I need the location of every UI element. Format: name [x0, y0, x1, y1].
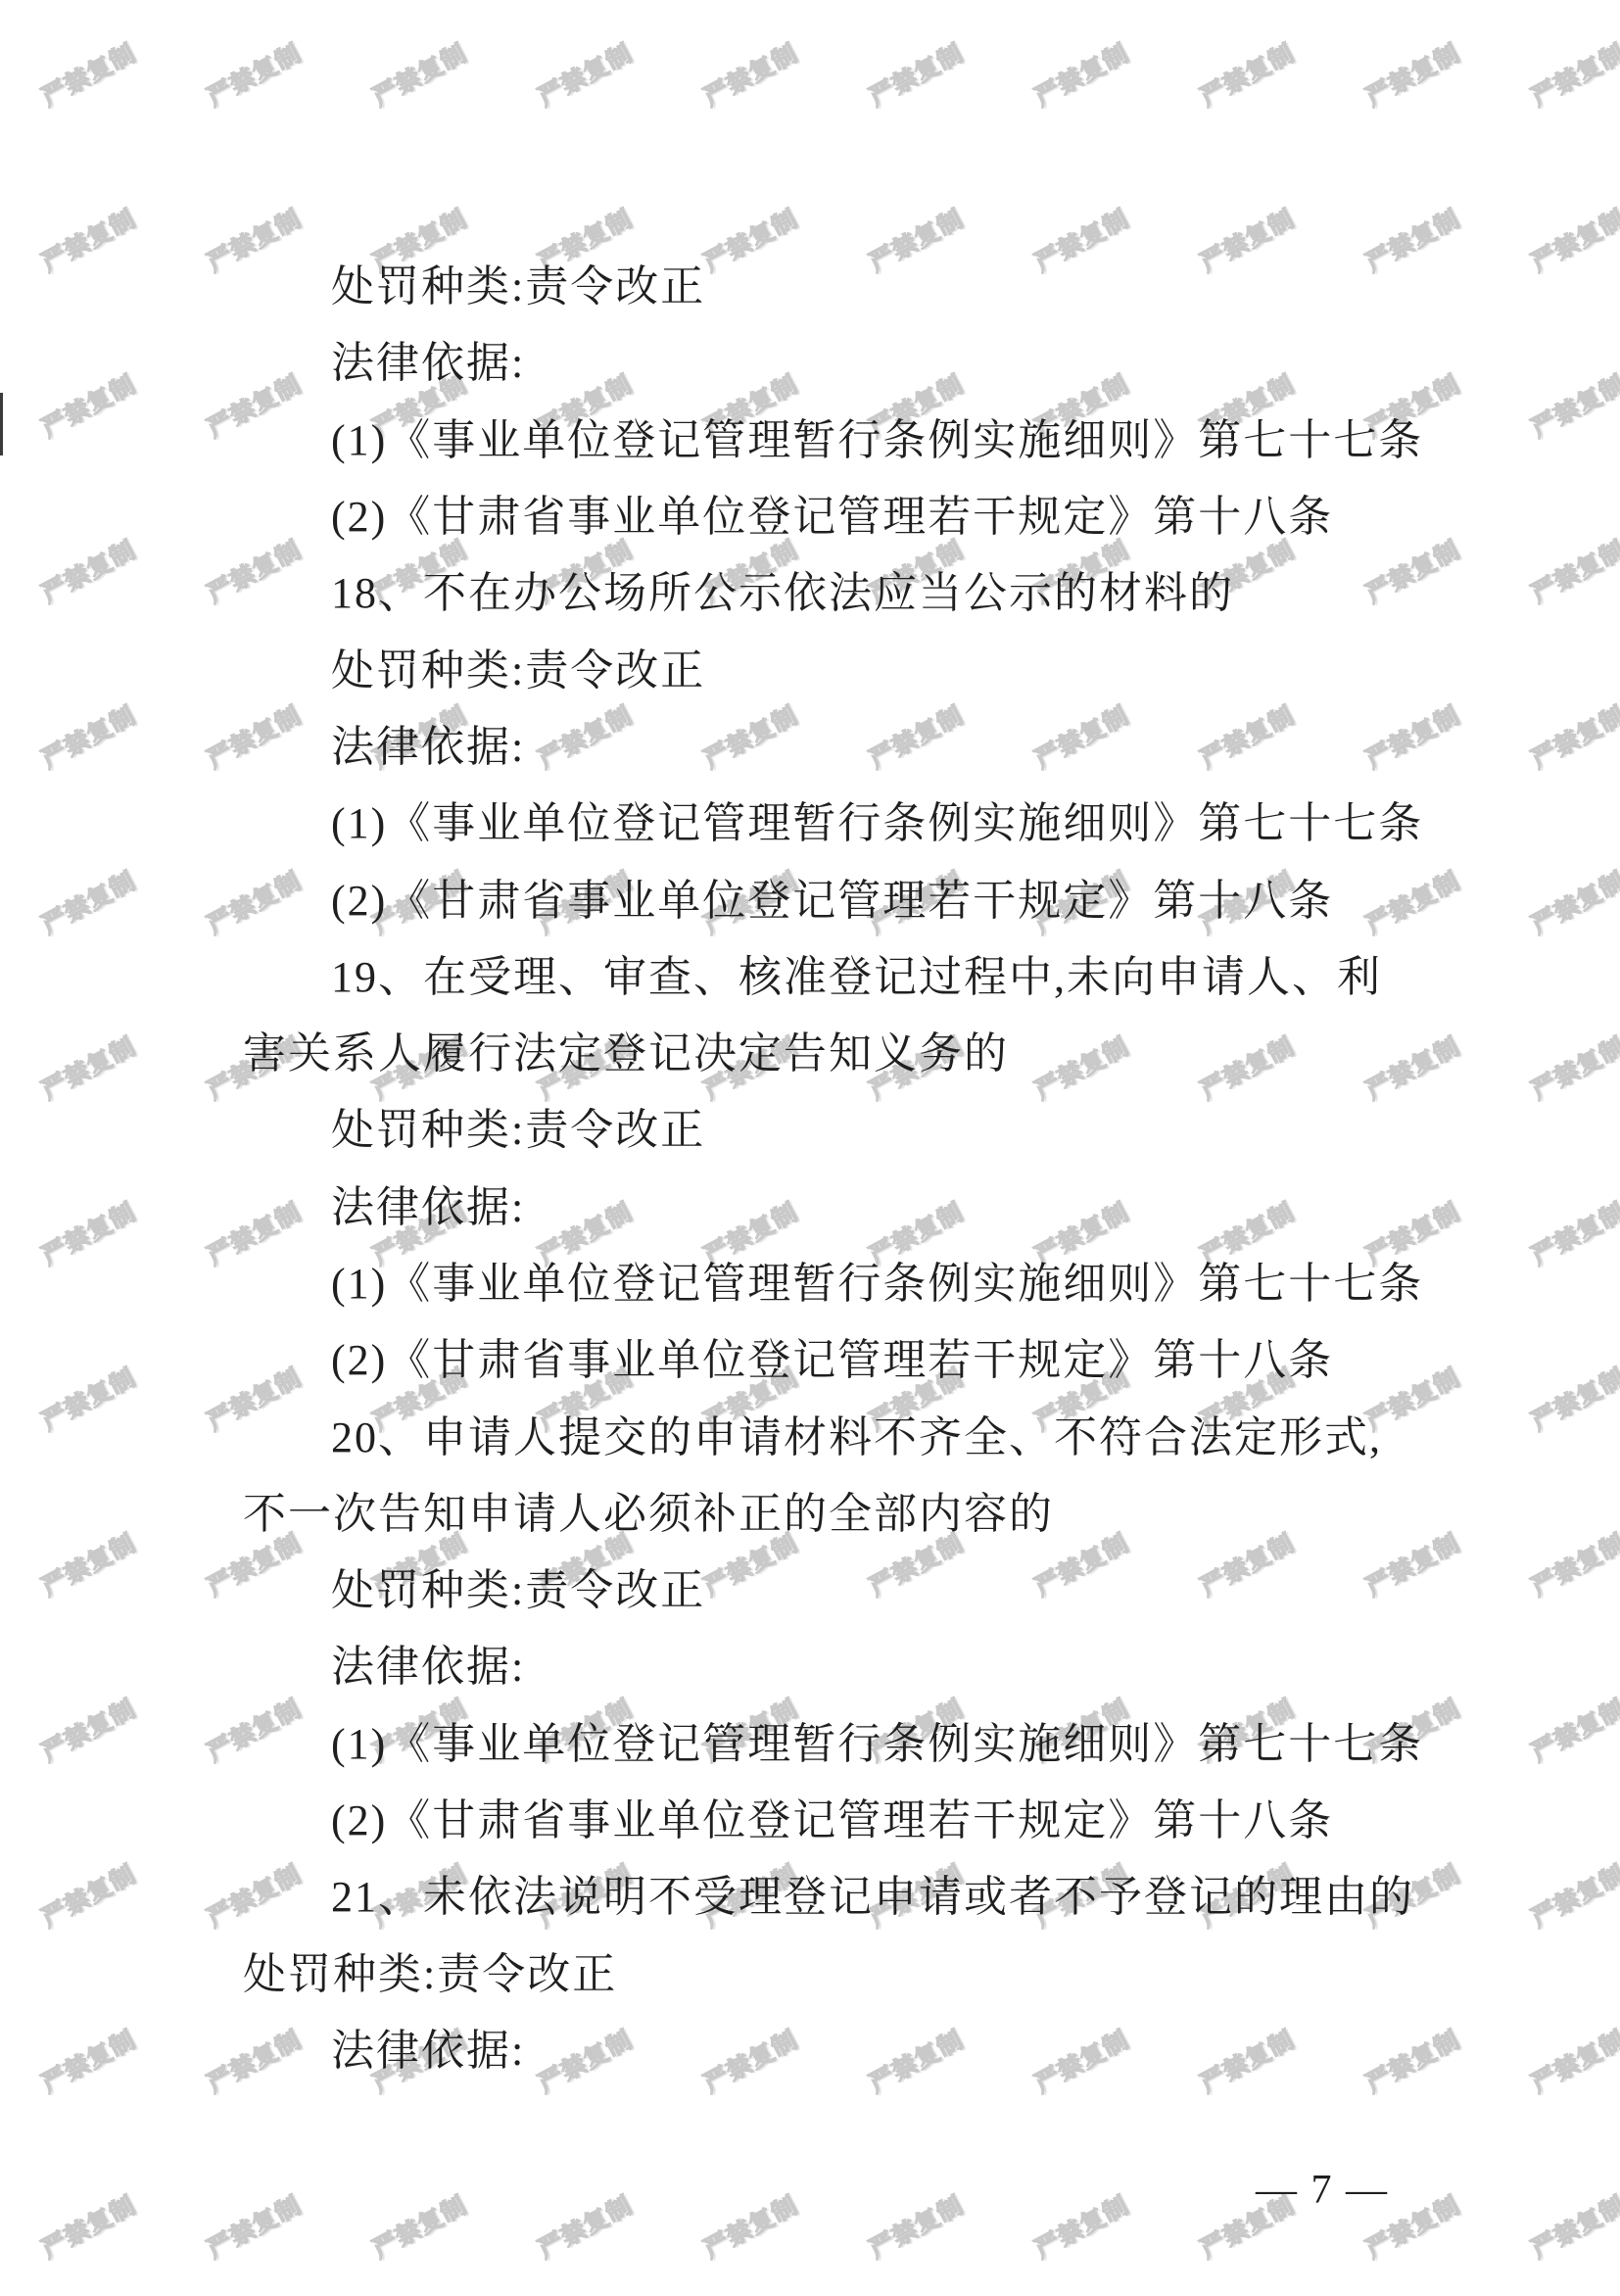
watermark-stamp: 严禁复制 [38, 373, 137, 442]
text-line: 不一次告知申请人必须补正的全部内容的 [243, 1471, 1506, 1548]
watermark-stamp: 严禁复制 [1528, 704, 1620, 773]
text-line: 处罚种类:责令改正 [243, 244, 1506, 320]
text-line: 法律依据: [243, 1165, 1506, 1241]
watermark-stamp: 严禁复制 [1528, 1201, 1620, 1269]
watermark-stamp: 严禁复制 [1528, 1863, 1620, 1932]
text-line: 19、在受理、审查、核准登记过程中,未向申请人、利 [243, 934, 1506, 1011]
watermark-stamp: 严禁复制 [38, 1201, 137, 1269]
text-line: (1)《事业单位登记管理暂行条例实施细则》第七十七条 [243, 398, 1506, 474]
watermark-stamp: 严禁复制 [1362, 42, 1461, 111]
text-line: (2)《甘肃省事业单位登记管理若干规定》第十八条 [243, 474, 1506, 550]
text-line: 处罚种类:责令改正 [243, 1087, 1506, 1164]
watermark-stamp: 严禁复制 [1528, 1366, 1620, 1435]
watermark-stamp: 严禁复制 [535, 2194, 634, 2263]
watermark-stamp: 严禁复制 [1528, 42, 1620, 111]
watermark-stamp: 严禁复制 [1197, 42, 1296, 111]
text-line: (2)《甘肃省事业单位登记管理若干规定》第十八条 [243, 1778, 1506, 1854]
watermark-stamp: 严禁复制 [1528, 2194, 1620, 2263]
text-line: (2)《甘肃省事业单位登记管理若干规定》第十八条 [243, 1317, 1506, 1394]
text-line: 害关系人履行法定登记决定告知义务的 [243, 1011, 1506, 1087]
watermark-stamp: 严禁复制 [1528, 2029, 1620, 2097]
text-line: 法律依据: [243, 704, 1506, 781]
watermark-stamp: 严禁复制 [38, 42, 137, 111]
watermark-stamp: 严禁复制 [38, 1366, 137, 1435]
text-line: 处罚种类:责令改正 [243, 1932, 1506, 2008]
watermark-stamp: 严禁复制 [38, 704, 137, 773]
watermark-stamp: 严禁复制 [38, 870, 137, 938]
text-line: 20、申请人提交的申请材料不齐全、不符合法定形式, [243, 1394, 1506, 1470]
watermark-stamp: 严禁复制 [866, 42, 965, 111]
page-number: — 7 — [1256, 2167, 1389, 2214]
watermark-stamp: 严禁复制 [1528, 208, 1620, 276]
watermark-stamp: 严禁复制 [204, 2194, 303, 2263]
watermark-stamp: 严禁复制 [700, 42, 799, 111]
watermark-stamp: 严禁复制 [1031, 2194, 1130, 2263]
watermark-stamp: 严禁复制 [1528, 870, 1620, 938]
watermark-stamp: 严禁复制 [38, 1863, 137, 1932]
text-line: 法律依据: [243, 1624, 1506, 1700]
watermark-stamp: 严禁复制 [866, 2194, 965, 2263]
watermark-stamp: 严禁复制 [38, 539, 137, 607]
watermark-stamp: 严禁复制 [1528, 1532, 1620, 1601]
text-line: 法律依据: [243, 320, 1506, 397]
watermark-stamp: 严禁复制 [1528, 1698, 1620, 1766]
watermark-stamp: 严禁复制 [38, 1698, 137, 1766]
text-line: (1)《事业单位登记管理暂行条例实施细则》第七十七条 [243, 1241, 1506, 1317]
text-line: (2)《甘肃省事业单位登记管理若干规定》第十八条 [243, 857, 1506, 933]
text-line: 处罚种类:责令改正 [243, 1548, 1506, 1624]
watermark-stamp: 严禁复制 [700, 2194, 799, 2263]
text-line: 法律依据: [243, 2008, 1506, 2084]
watermark-stamp: 严禁复制 [38, 1532, 137, 1601]
document-body: 处罚种类:责令改正法律依据:(1)《事业单位登记管理暂行条例实施细则》第七十七条… [243, 244, 1506, 2084]
scan-edge-artifact [0, 393, 3, 455]
watermark-stamp: 严禁复制 [38, 1035, 137, 1104]
watermark-stamp: 严禁复制 [369, 42, 468, 111]
watermark-stamp: 严禁复制 [1031, 42, 1130, 111]
text-line: 21、未依法说明不受理登记申请或者不予登记的理由的 [243, 1854, 1506, 1931]
watermark-stamp: 严禁复制 [38, 2029, 137, 2097]
scanned-document-page: 严禁复制严禁复制严禁复制严禁复制严禁复制严禁复制严禁复制严禁复制严禁复制严禁复制… [0, 0, 1620, 2296]
watermark-stamp: 严禁复制 [204, 42, 303, 111]
text-line: 18、不在办公场所公示依法应当公示的材料的 [243, 550, 1506, 627]
watermark-stamp: 严禁复制 [38, 208, 137, 276]
text-line: 处罚种类:责令改正 [243, 627, 1506, 703]
text-line: (1)《事业单位登记管理暂行条例实施细则》第七十七条 [243, 1701, 1506, 1778]
watermark-stamp: 严禁复制 [535, 42, 634, 111]
watermark-stamp: 严禁复制 [1528, 1035, 1620, 1104]
watermark-stamp: 严禁复制 [38, 2194, 137, 2263]
watermark-stamp: 严禁复制 [1528, 539, 1620, 607]
text-line: (1)《事业单位登记管理暂行条例实施细则》第七十七条 [243, 781, 1506, 857]
watermark-stamp: 严禁复制 [1528, 373, 1620, 442]
watermark-stamp: 严禁复制 [369, 2194, 468, 2263]
